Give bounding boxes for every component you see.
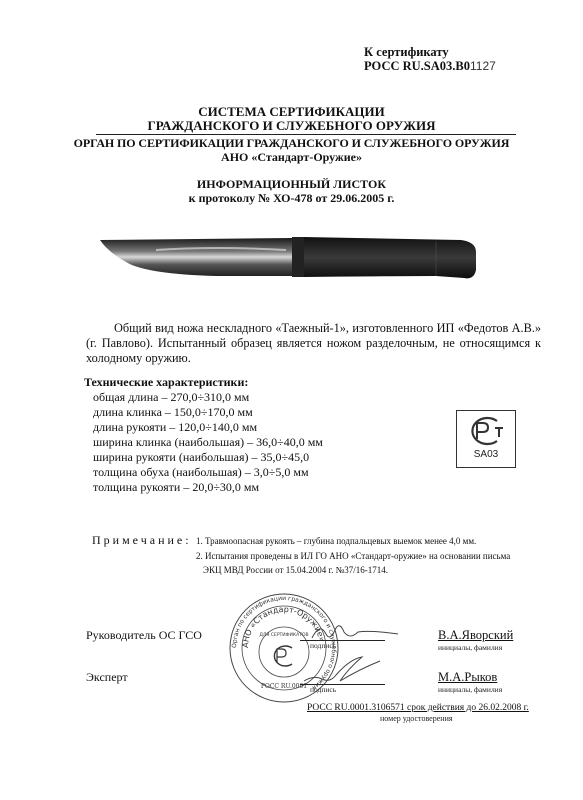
certificate-ref-line2: РОСС RU.SA03.B01127	[364, 59, 496, 73]
certificate-number-printed: РОСС RU.SA03.B0	[364, 59, 470, 73]
expert-signature	[300, 655, 390, 687]
spec-handle-length: длина рукояти – 120,0÷140,0 мм	[84, 420, 323, 435]
expert-name-caption: инициалы, фамилия	[438, 685, 502, 694]
certificate-reference: К сертификату РОСС RU.SA03.B01127	[364, 45, 496, 73]
pct-logo-icon	[457, 411, 515, 451]
document-title: ИНФОРМАЦИОННЫЙ ЛИСТОК	[0, 177, 583, 192]
expert-signature-caption: подпись	[310, 685, 336, 694]
notes-label: Примечание:	[92, 533, 192, 548]
note-item-1: 1. Травмоопасная рукоять – глубина подпа…	[196, 534, 536, 549]
spec-spine-thickness: толщина обуха (наибольшая) – 3,0÷5,0 мм	[84, 465, 323, 480]
specs-title: Технические характеристики:	[84, 375, 323, 390]
spec-overall-length: общая длина – 270,0÷310,0 мм	[84, 390, 323, 405]
notes-list: 1. Травмоопасная рукоять – глубина подпа…	[196, 534, 536, 578]
head-name: В.А.Яворский	[438, 628, 513, 643]
organization-line2: АНО «Стандарт-Оружие»	[0, 150, 583, 165]
spec-blade-width: ширина клинка (наибольшая) – 36,0÷40,0 м…	[84, 435, 323, 450]
knife-blade	[100, 238, 292, 276]
stamp-center-caption: ДЛЯ СЕРТИФИКАТОВ	[259, 632, 308, 638]
expert-name: М.А.Рыков	[438, 670, 497, 685]
head-role-label: Руководитель ОС ГСО	[86, 628, 202, 643]
registration-caption: номер удостоверения	[380, 714, 453, 723]
knife-guard	[292, 237, 304, 277]
document-subtitle: к протоколу № ХО-478 от 29.06.2005 г.	[0, 191, 583, 206]
technical-specs: Технические характеристики: общая длина …	[84, 375, 323, 495]
organization-line1: ОРГАН ПО СЕРТИФИКАЦИИ ГРАЖДАНСКОГО И СЛУ…	[0, 136, 583, 151]
head-signature-caption: подпись	[310, 641, 336, 650]
conformity-code: SA03	[457, 449, 515, 460]
head-name-caption: инициалы, фамилия	[438, 643, 502, 652]
spec-handle-width: ширина рукояти (наибольшая) – 35,0÷45,0	[84, 450, 323, 465]
note-item-2: 2. Испытания проведены в ИЛ ГО АНО «Стан…	[196, 549, 536, 564]
certificate-ref-line1: К сертификату	[364, 45, 496, 59]
conformity-mark: SA03	[456, 410, 516, 468]
spec-handle-thickness: толщина рукояти – 20,0÷30,0 мм	[84, 480, 323, 495]
header-divider	[96, 134, 516, 135]
knife-photo	[96, 232, 486, 282]
system-title-line2: ГРАЖДАНСКОГО И СЛУЖЕБНОГО ОРУЖИЯ	[0, 118, 583, 134]
knife-description: Общий вид ножа нескладного «Таежный-1», …	[86, 321, 541, 366]
expert-role-label: Эксперт	[86, 670, 128, 685]
spec-blade-length: длина клинка – 150,0÷170,0 мм	[84, 405, 323, 420]
note-item-2-continued: ЭКЦ МВД России от 15.04.2004 г. №37/16-1…	[196, 563, 536, 578]
certificate-number-handwritten: 1127	[470, 59, 496, 73]
knife-handle	[304, 237, 476, 278]
registration-number: РОСС RU.0001.3106571 срок действия до 26…	[307, 703, 529, 713]
